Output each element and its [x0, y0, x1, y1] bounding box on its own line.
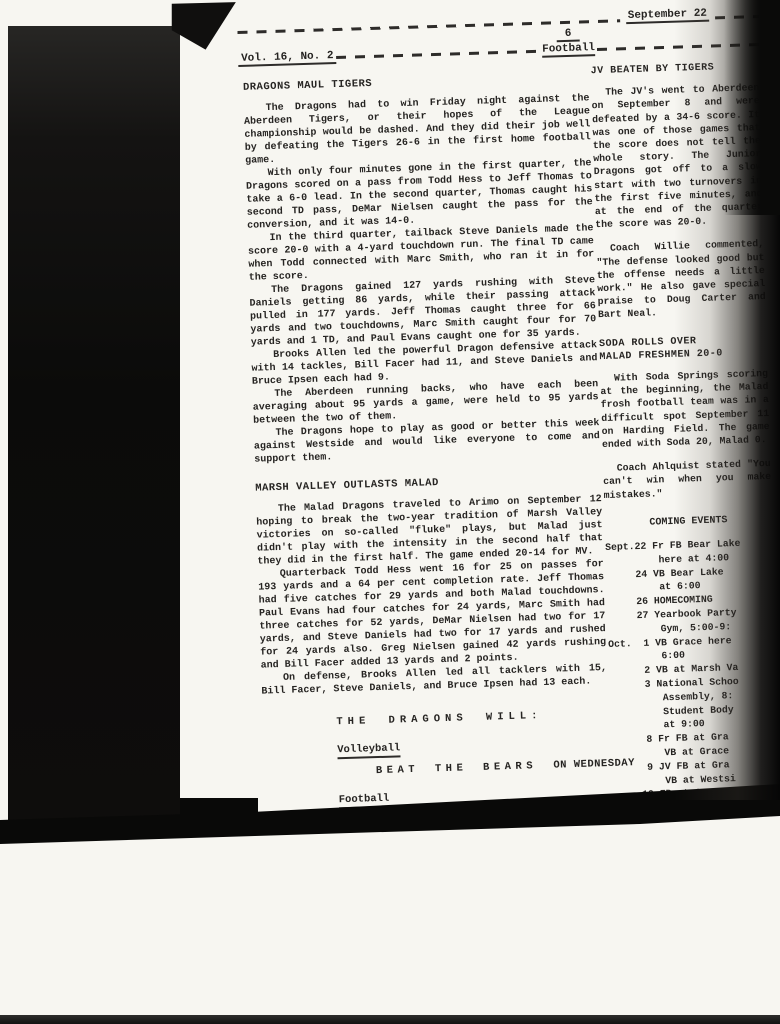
article-title: DRAGONS MAUL TIGERS	[243, 71, 589, 95]
page-number-and-section: 6 Football	[542, 27, 596, 58]
volleyball-line: BEAT THE BEARS ON WEDNESDAY	[376, 758, 610, 778]
dragons-will-heading: THE DRAGONS WILL:	[336, 708, 608, 729]
scan-black-border-left	[8, 26, 180, 832]
main-column: DRAGONS MAUL TIGERS The Dragons had to w…	[243, 71, 612, 831]
volleyball-label: Volleyball	[337, 742, 400, 759]
page-number: 6	[557, 28, 580, 43]
scan-shadow-right-top	[724, 0, 780, 215]
scan-black-step	[180, 798, 258, 824]
article-body: The Dragons had to win Friday night agai…	[243, 92, 600, 466]
article-paragraph: Quarterback Todd Hess went 16 for 25 on …	[258, 558, 607, 673]
scan-bottom-strip	[0, 1015, 780, 1024]
article-paragraph: The Dragons gained 127 yards rushing wit…	[249, 274, 597, 350]
volume-label: Vol. 16, No. 2	[238, 50, 337, 67]
scanned-newsletter-page: September 22 Vol. 16, No. 2 6 Football D…	[0, 0, 780, 1024]
article-title: MARSH VALLEY OUTLASTS MALAD	[255, 472, 601, 496]
volleyball-slogan: BEAT THE BEARS	[376, 760, 538, 777]
dashed-rule	[337, 50, 541, 59]
section-label: Football	[542, 42, 595, 58]
article-paragraph: With only four minutes gone in the first…	[245, 157, 593, 233]
article-paragraph: The Malad Dragons traveled to Arimo on S…	[256, 493, 604, 569]
article-body: The Malad Dragons traveled to Arimo on S…	[256, 493, 608, 698]
article-paragraph: The Dragons had to win Friday night agai…	[243, 92, 591, 168]
